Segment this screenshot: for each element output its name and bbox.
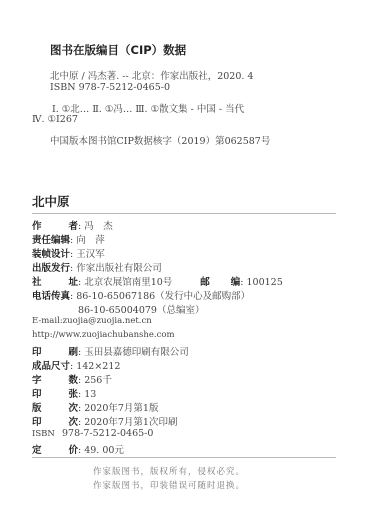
publisher-row: 出版发行:作家出版社有限公司 (32, 260, 162, 274)
address-label: 社址 (32, 274, 78, 288)
isbn-value: 978-7-5212-0465-0 (62, 428, 153, 439)
zip-label: 邮编 (200, 274, 240, 288)
sheets-label: 印张 (32, 386, 78, 400)
printing-label: 印次 (32, 414, 78, 428)
address-value: 北京农展馆南里10号 (84, 274, 172, 288)
price-row: 定价:49. 00元 (32, 442, 124, 456)
size-label: 成品尺寸 (32, 358, 70, 372)
author-row: 作者:冯 杰 (32, 218, 113, 232)
cip-line-4: Ⅳ. ①I267 (32, 114, 78, 125)
phone-row-2: 86-10-65004079（总编室） (78, 302, 204, 316)
designer-value: 王汉军 (76, 246, 105, 260)
sheets-value: 13 (84, 389, 96, 400)
size-value: 142×212 (76, 361, 120, 372)
printer-label: 印刷 (32, 344, 78, 358)
edition-row: 版次:2020年7月第1版 (32, 400, 158, 414)
sheets-row: 印张:13 (32, 386, 96, 400)
editor-value: 向 萍 (76, 232, 105, 246)
editor-row: 责任编辑:向 萍 (32, 232, 105, 246)
isbn-label: ISBN (32, 429, 62, 439)
book-title: 北中原 (32, 192, 70, 210)
isbn-row: ISBN978-7-5212-0465-0 (32, 428, 153, 439)
printer-row: 印刷:玉田县嘉德印刷有限公司 (32, 344, 189, 358)
email-row: E-mail:zuojia@zuojia.net.cn (32, 316, 152, 326)
cip-line-5: 中国版本图书馆CIP数据核字（2019）第062587号 (50, 133, 270, 147)
bottom-divider (32, 457, 336, 458)
address-row: 社址:北京农展馆南里10号 邮编:100125 (32, 274, 283, 288)
cip-heading: 图书在版编目（CIP）数据 (50, 42, 186, 58)
website-row: http://www.zuojiachubanshe.com (32, 330, 175, 340)
phone-label: 电话传真 (32, 288, 70, 302)
designer-row: 装帧设计:王汉军 (32, 246, 105, 260)
words-value: 256千 (84, 372, 112, 386)
exchange-notice: 作家版图书，印装错误可随时退换。 (93, 479, 245, 491)
phone-row: 电话传真:86-10-65067186（发行中心及邮购部） (32, 288, 250, 302)
designer-label: 装帧设计 (32, 246, 70, 260)
size-row: 成品尺寸:142×212 (32, 358, 120, 372)
words-label: 字数 (32, 372, 78, 386)
cip-line-3: Ⅰ. ①北… Ⅱ. ①冯… Ⅲ. ①散文集 - 中国 - 当代 (52, 101, 244, 115)
top-divider (32, 213, 336, 214)
phone-value-1: 86-10-65067186（发行中心及邮购部） (76, 288, 250, 302)
copyright-notice: 作家版图书，版权所有，侵权必究。 (93, 465, 245, 477)
phone-value-2: 86-10-65004079（总编室） (78, 302, 204, 316)
publisher-label: 出版发行 (32, 260, 70, 274)
cip-line-1: 北中原 / 冯杰著. -- 北京：作家出版社，2020. 4 (50, 68, 253, 82)
printer-value: 玉田县嘉德印刷有限公司 (84, 344, 189, 358)
printing-value: 2020年7月第1次印刷 (84, 414, 177, 428)
zip-value: 100125 (247, 277, 283, 288)
printing-row: 印次:2020年7月第1次印刷 (32, 414, 177, 428)
words-row: 字数:256千 (32, 372, 112, 386)
publisher-value: 作家出版社有限公司 (76, 260, 162, 274)
price-label: 定价 (32, 442, 78, 456)
edition-value: 2020年7月第1版 (84, 400, 158, 414)
editor-label: 责任编辑 (32, 232, 70, 246)
price-value: 49. 00元 (84, 442, 124, 456)
edition-label: 版次 (32, 400, 78, 414)
author-label: 作者 (32, 218, 78, 232)
cip-line-2: ISBN 978-7-5212-0465-0 (50, 82, 170, 93)
author-value: 冯 杰 (84, 218, 113, 232)
